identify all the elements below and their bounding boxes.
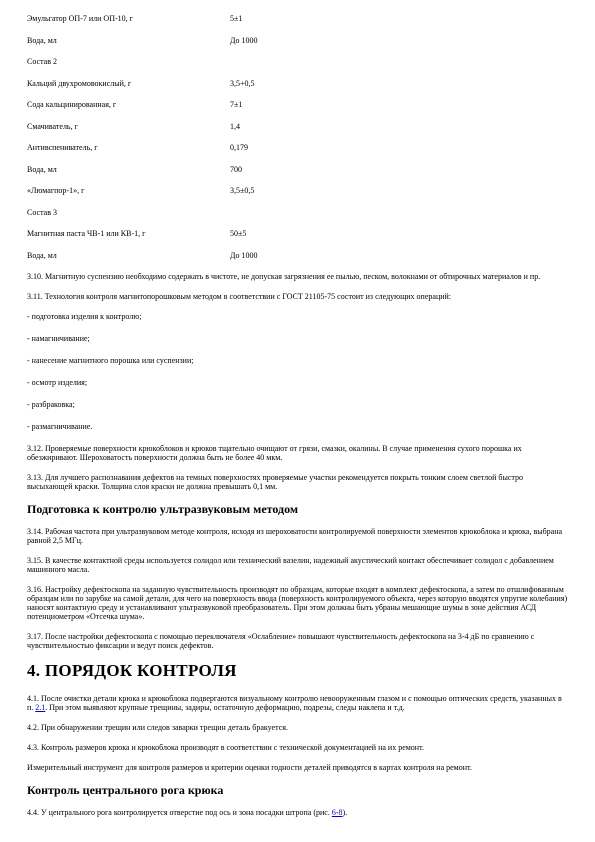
composition-value: 7±1	[230, 100, 568, 109]
paragraph-3-16: 3.16. Настройку дефектоскопа на заданную…	[27, 585, 568, 621]
composition-row: Вода, млДо 1000	[27, 36, 568, 45]
paragraph-3-17: 3.17. После настройки дефектоскопа с пом…	[27, 632, 568, 650]
composition-row: Вода, млДо 1000	[27, 251, 568, 260]
composition-value: До 1000	[230, 36, 568, 45]
paragraph-4-3-note: Измерительный инструмент для контроля ра…	[27, 763, 568, 772]
composition-label: Кальций двухромовокислый, г	[27, 79, 230, 88]
composition-value: 50±5	[230, 229, 568, 238]
composition-value: 1,4	[230, 122, 568, 131]
composition-label: Сода кальцинированная, г	[27, 100, 230, 109]
composition-value: 5±1	[230, 14, 568, 23]
paragraph-4-2: 4.2. При обнаружении трещин или следов з…	[27, 723, 568, 732]
composition-row: «Люмагпор-1», г3,5±0,5	[27, 186, 568, 195]
paragraph-4-4-text-before-link: 4.4. У центрального рога контролируется …	[27, 808, 332, 817]
composition-label: Антивспениватель, г	[27, 143, 230, 152]
operation-item: - нанесение магнитного порошка или суспе…	[27, 356, 568, 365]
composition-value: 3,5±0,5	[230, 186, 568, 195]
clause-2-1-link[interactable]: 2.1	[35, 703, 45, 712]
paragraph-4-3: 4.3. Контроль размеров крюка и крюкоблок…	[27, 743, 568, 752]
document-page: Эмульгатор ОП-7 или ОП-10, г5±1Вода, млД…	[0, 0, 595, 842]
operation-item: - размагничивание.	[27, 422, 568, 431]
composition-label: Вода, мл	[27, 36, 230, 45]
paragraph-3-11: 3.11. Технология контроля магнитопорошко…	[27, 292, 568, 301]
operation-item: - намагничивание;	[27, 334, 568, 343]
paragraph-3-12: 3.12. Проверяемые поверхности крюкоблоко…	[27, 444, 568, 462]
paragraph-4-1: 4.1. После очистки детали крюка и крюкоб…	[27, 694, 568, 712]
composition-value: До 1000	[230, 251, 568, 260]
composition-row: Кальций двухромовокислый, г3,5+0,5	[27, 79, 568, 88]
composition-row: Магнитная паста ЧВ-1 или КВ-1, г50±5	[27, 229, 568, 238]
ultrasonic-method-heading: Подготовка к контролю ультразвуковым мет…	[27, 502, 568, 516]
composition-row: Антивспениватель, г0,179	[27, 143, 568, 152]
composition-value: 0,179	[230, 143, 568, 152]
composition-label: Смачиватель, г	[27, 122, 230, 131]
operation-item: - подготовка изделия к контролю;	[27, 312, 568, 321]
operation-item: - осмотр изделия;	[27, 378, 568, 387]
paragraph-4-4-text-after-link: ).	[342, 808, 347, 817]
composition-label: Состав 3	[27, 208, 230, 217]
composition-row: Вода, мл700	[27, 165, 568, 174]
central-hook-horn-heading: Контроль центрального рога крюка	[27, 783, 568, 797]
operation-item: - разбраковка;	[27, 400, 568, 409]
operations-list: - подготовка изделия к контролю;- намагн…	[27, 312, 568, 431]
composition-label: Эмульгатор ОП-7 или ОП-10, г	[27, 14, 230, 23]
control-order-heading: 4. ПОРЯДОК КОНТРОЛЯ	[27, 661, 568, 681]
composition-row: Сода кальцинированная, г7±1	[27, 100, 568, 109]
composition-label: Вода, мл	[27, 165, 230, 174]
composition-label: Состав 2	[27, 57, 230, 66]
composition-value: 700	[230, 165, 568, 174]
composition-label: «Люмагпор-1», г	[27, 186, 230, 195]
paragraph-4-1-text-after-link: . При этом выявляют крупные трещины, зад…	[45, 703, 404, 712]
composition-row: Состав 3	[27, 208, 568, 217]
composition-row: Смачиватель, г1,4	[27, 122, 568, 131]
figures-6-8-link[interactable]: 6-8	[332, 808, 343, 817]
composition-value: 3,5+0,5	[230, 79, 568, 88]
composition-row: Эмульгатор ОП-7 или ОП-10, г5±1	[27, 14, 568, 23]
paragraph-3-14: 3.14. Рабочая частота при ультразвуковом…	[27, 527, 568, 545]
composition-label: Магнитная паста ЧВ-1 или КВ-1, г	[27, 229, 230, 238]
composition-label: Вода, мл	[27, 251, 230, 260]
suspension-composition-list: Эмульгатор ОП-7 или ОП-10, г5±1Вода, млД…	[27, 14, 568, 260]
composition-row: Состав 2	[27, 57, 568, 66]
paragraph-3-10: 3.10. Магнитную суспензию необходимо сод…	[27, 272, 568, 281]
paragraph-4-4: 4.4. У центрального рога контролируется …	[27, 808, 568, 817]
paragraph-3-13: 3.13. Для лучшего распознавания дефектов…	[27, 473, 568, 491]
paragraph-3-15: 3.15. В качестве контактной среды исполь…	[27, 556, 568, 574]
